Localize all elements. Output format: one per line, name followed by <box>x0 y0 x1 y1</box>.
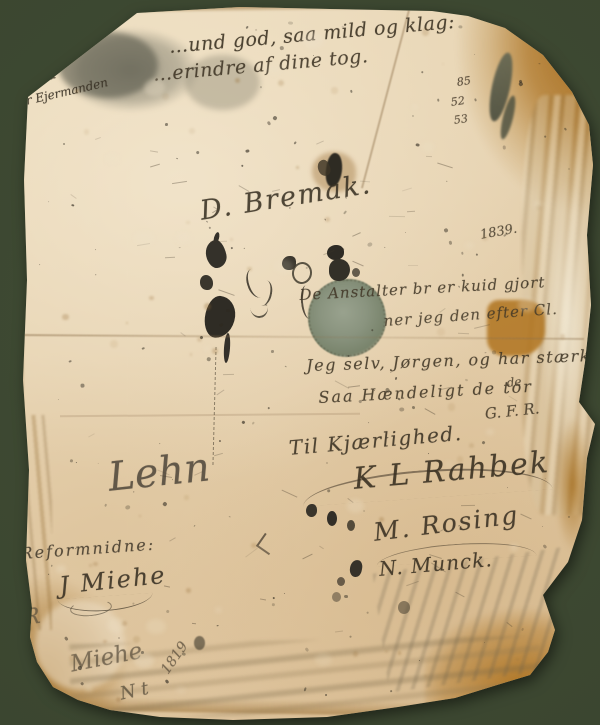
ink-speck <box>568 168 571 171</box>
ink-speck <box>437 99 440 102</box>
ink-speck <box>518 81 523 86</box>
ink-speck <box>64 636 68 641</box>
ink-speck <box>406 581 419 586</box>
ink-speck <box>303 687 307 692</box>
ink-speck <box>69 360 73 363</box>
ink-speck <box>56 565 66 573</box>
ink-speck <box>192 622 196 623</box>
ink-speck <box>368 422 369 423</box>
ink-speck <box>448 403 456 411</box>
ink-speck <box>206 356 211 361</box>
ink-speck <box>389 690 392 693</box>
ink-speck <box>462 274 464 277</box>
ink-speck <box>506 622 512 627</box>
ink-speck <box>58 399 59 400</box>
ink-speck <box>348 355 350 357</box>
ink-speck <box>449 241 453 245</box>
ink-speck <box>520 513 531 519</box>
ink-speck <box>226 309 230 312</box>
ink-speck <box>179 247 181 248</box>
ink-speck <box>217 390 225 396</box>
manuscript-paper: …und god, saa mild og klag: …erindre af … <box>0 0 600 725</box>
ink-speck <box>205 221 207 223</box>
ink-speck <box>458 286 460 288</box>
ink-speck <box>123 18 126 21</box>
ink-speck <box>219 440 221 442</box>
ink-speck <box>334 381 348 389</box>
ink-speck <box>110 340 118 348</box>
ink-speck <box>95 249 96 250</box>
ink-speck <box>294 141 297 144</box>
ink-speck <box>219 323 223 327</box>
ink-speck <box>246 26 250 30</box>
ink-speck <box>344 594 348 598</box>
ink-speck <box>165 256 175 257</box>
ink-speck <box>424 367 428 369</box>
ink-speck <box>331 87 337 93</box>
ink-speck <box>439 387 452 391</box>
ink-speck <box>510 544 518 550</box>
ink-speck <box>223 374 234 375</box>
ink-speck <box>486 429 494 435</box>
ink-speck <box>240 164 243 167</box>
ink-speck <box>266 63 282 76</box>
ink-speck <box>455 313 458 316</box>
ink-speck <box>521 627 524 631</box>
ink-speck <box>412 406 416 410</box>
ink-speck <box>518 463 525 466</box>
ink-speck <box>272 190 280 193</box>
ink-speck <box>72 204 75 206</box>
ink-speck <box>251 543 256 548</box>
ink-speck <box>204 303 211 310</box>
ink-speck <box>103 640 106 643</box>
ink-speck <box>474 324 490 329</box>
ink-speck <box>186 221 190 225</box>
ink-speck <box>387 437 389 439</box>
ink-speck <box>527 283 529 285</box>
ink-speck <box>306 266 308 268</box>
ink-speck <box>418 660 419 661</box>
ink-speck <box>230 238 233 241</box>
ink-speck <box>565 577 569 582</box>
ink-speck <box>542 526 543 527</box>
ink-speck <box>230 247 232 250</box>
ink-speck <box>482 235 488 241</box>
ink-speck <box>84 129 89 134</box>
ink-speck <box>95 137 101 140</box>
ink-speck <box>164 585 170 587</box>
ink-speck <box>476 253 478 256</box>
ink-speck <box>349 90 352 93</box>
ink-speck <box>284 593 285 594</box>
ink-speck <box>189 128 195 134</box>
ink-speck <box>162 502 167 507</box>
ink-speck <box>440 529 443 531</box>
ink-speck <box>139 515 141 517</box>
ink-speck <box>315 653 332 666</box>
ink-speck <box>352 232 360 237</box>
ink-speck <box>62 38 64 40</box>
ink-speck <box>374 390 375 391</box>
ink-speck <box>118 637 120 639</box>
ink-speck <box>412 115 415 117</box>
ink-speck <box>162 93 170 101</box>
ink-speck <box>558 682 564 688</box>
ink-speck <box>549 350 551 352</box>
ink-speck <box>542 544 547 549</box>
ink-speck <box>461 252 464 255</box>
ink-speck <box>172 181 187 184</box>
ink-speck <box>421 70 424 73</box>
ink-speck <box>345 197 347 199</box>
ink-speck <box>266 121 271 126</box>
ink-speck <box>429 554 442 559</box>
ink-speck <box>149 296 153 300</box>
ink-speck <box>132 603 134 605</box>
ink-speck <box>216 626 218 628</box>
ink-speck <box>259 86 261 89</box>
ink-speck <box>47 201 48 203</box>
ink-speck <box>540 672 542 674</box>
ink-speck <box>343 210 347 215</box>
ink-speck <box>273 597 275 599</box>
ink-speck <box>443 227 448 233</box>
ink-speck <box>160 475 172 478</box>
ink-speck <box>282 489 297 497</box>
ink-speck <box>260 598 266 600</box>
ink-speck <box>278 80 284 86</box>
ink-speck <box>172 479 173 480</box>
ink-speck <box>85 686 93 692</box>
ink-speck <box>444 461 453 468</box>
ink-speck <box>461 504 475 505</box>
ink-speck <box>323 250 335 255</box>
ink-speck <box>431 562 446 572</box>
ink-speck <box>385 387 390 393</box>
ink-speck <box>188 66 191 68</box>
ink-speck <box>116 697 121 702</box>
ink-speck <box>327 489 331 493</box>
ink-speck <box>353 261 364 267</box>
ink-speck <box>389 216 405 217</box>
ink-speck <box>341 26 344 29</box>
ink-speck <box>247 267 251 271</box>
ink-speck <box>385 650 388 653</box>
ink-speck <box>133 636 141 644</box>
ink-speck <box>126 504 131 509</box>
ink-speck <box>194 524 196 526</box>
ink-speck <box>424 675 427 678</box>
ink-speck <box>146 619 165 634</box>
ink-speck <box>229 516 231 518</box>
photograph-of-document: …und god, saa mild og klag: …erindre af … <box>0 0 600 725</box>
ink-speck <box>422 142 435 152</box>
ink-speck <box>408 265 418 266</box>
ink-speck <box>503 233 506 236</box>
ink-speck <box>186 588 191 593</box>
ink-speck <box>126 322 129 325</box>
ink-speck <box>77 666 82 671</box>
ink-speck <box>358 400 362 404</box>
ink-speck <box>481 441 485 445</box>
ink-speck <box>440 308 446 313</box>
ink-speck <box>74 548 76 550</box>
ink-speck <box>78 700 80 701</box>
ink-speck <box>390 372 392 374</box>
ink-speck <box>370 329 373 332</box>
ink-speck <box>75 89 79 93</box>
ink-speck <box>405 232 406 233</box>
ink-speck <box>367 612 369 614</box>
ink-speck <box>545 478 546 479</box>
ink-speck <box>560 334 565 339</box>
ink-speck <box>324 694 327 697</box>
ink-speck <box>353 651 358 656</box>
paper-shadow-wrap: …und god, saa mild og klag: …erindre af … <box>0 0 600 725</box>
ink-speck <box>398 398 401 401</box>
ink-speck <box>245 548 258 558</box>
ink-speck <box>38 264 39 265</box>
ink-speck <box>564 127 567 130</box>
ink-speck <box>288 21 293 25</box>
ink-speck <box>457 456 464 463</box>
ink-speck <box>342 247 345 250</box>
ink-speck <box>289 207 290 209</box>
ink-speck <box>446 181 447 183</box>
ink-speck <box>195 151 199 155</box>
ink-speck <box>568 515 571 518</box>
ink-speck <box>81 384 85 388</box>
ink-speck <box>215 607 222 612</box>
ink-speck <box>559 587 560 588</box>
ink-speck <box>144 79 165 96</box>
ink-speck <box>106 154 119 164</box>
ink-speck <box>184 495 189 500</box>
ink-speck <box>542 45 543 47</box>
ink-speck <box>347 394 348 395</box>
ink-speck <box>180 332 186 337</box>
ink-speck <box>473 98 476 102</box>
ink-speck <box>326 462 329 464</box>
ink-speck <box>458 25 462 28</box>
ink-speck <box>93 562 97 566</box>
ink-speck <box>350 635 352 637</box>
ink-speck <box>30 57 33 59</box>
ink-speck <box>313 55 314 56</box>
ink-speck <box>165 610 169 614</box>
ink-speck <box>197 337 202 342</box>
ink-speck <box>422 28 429 35</box>
ink-speck <box>304 647 308 652</box>
ink-speck <box>469 443 474 448</box>
ink-speck <box>214 453 223 457</box>
ink-speck <box>279 46 283 50</box>
ink-speck <box>238 185 249 192</box>
ink-speck <box>360 180 370 182</box>
ink-speck <box>362 510 365 513</box>
ink-speck <box>302 554 312 560</box>
ink-speck <box>104 503 107 507</box>
ink-speck <box>210 241 227 242</box>
ink-speck <box>398 651 401 654</box>
ink-speck <box>235 78 240 83</box>
ink-speck <box>159 443 160 444</box>
ink-speck <box>437 162 453 168</box>
ink-speck <box>428 453 429 454</box>
ink-speck <box>88 434 94 438</box>
ink-speck <box>485 352 487 354</box>
ink-speck <box>539 63 541 64</box>
ink-speck <box>424 409 435 416</box>
ink-speck <box>465 242 473 248</box>
ink-speck <box>244 248 245 249</box>
ink-speck <box>455 592 464 598</box>
ink-speck <box>544 135 547 138</box>
ink-speck <box>76 462 77 463</box>
ink-speck <box>437 328 445 336</box>
ink-speck <box>268 407 271 410</box>
ink-speck <box>325 217 330 222</box>
ink-speck <box>89 564 92 567</box>
ink-speck <box>209 227 212 230</box>
ink-speck <box>62 314 69 321</box>
ink-speck <box>509 396 518 402</box>
ink-speck <box>348 386 360 389</box>
ink-speck <box>412 105 418 110</box>
ink-speck <box>316 140 324 144</box>
ink-speck <box>95 274 97 276</box>
ink-speck <box>503 146 506 150</box>
ink-speck <box>176 158 178 160</box>
ink-speck <box>274 259 293 274</box>
ink-speck <box>255 29 258 32</box>
ink-speck <box>107 618 126 633</box>
ink-speck <box>415 143 419 147</box>
ink-speck <box>80 681 84 685</box>
ink-speck <box>69 655 75 661</box>
ink-speck <box>63 143 65 145</box>
ink-speck <box>204 346 210 351</box>
ink-speck <box>134 653 153 669</box>
ink-speck <box>195 472 203 477</box>
ink-speck <box>458 525 460 527</box>
ink-speck <box>70 194 76 199</box>
ink-speck <box>458 333 469 335</box>
ink-speck <box>437 528 439 530</box>
ink-speck <box>150 163 160 167</box>
ink-speck <box>181 652 186 656</box>
ink-speck <box>464 378 467 381</box>
ink-speck <box>302 32 323 49</box>
ink-speck <box>506 487 507 488</box>
ink-speck <box>165 679 170 684</box>
ink-speck <box>491 350 496 354</box>
speckle-layer <box>0 0 600 725</box>
ink-speck <box>142 347 145 350</box>
ink-speck <box>157 469 170 475</box>
ink-speck <box>165 123 168 126</box>
ink-speck <box>150 150 158 152</box>
ink-speck <box>284 366 286 368</box>
ink-speck <box>319 546 324 550</box>
ink-speck <box>367 242 373 247</box>
ink-speck <box>383 247 385 248</box>
ink-speck <box>484 641 485 642</box>
ink-speck <box>407 211 415 212</box>
ink-speck <box>241 421 245 425</box>
ink-speck <box>212 209 217 212</box>
ink-speck <box>137 582 140 585</box>
ink-speck <box>272 115 277 120</box>
ink-speck <box>190 353 192 355</box>
ink-speck <box>218 289 234 295</box>
ink-speck <box>264 303 267 306</box>
ink-speck <box>134 231 154 247</box>
ink-speck <box>70 459 74 463</box>
ink-speck <box>245 149 249 153</box>
ink-speck <box>394 377 397 381</box>
ink-speck <box>132 490 134 492</box>
ink-speck <box>48 574 50 576</box>
ink-speck <box>516 658 519 661</box>
ink-speck <box>51 565 52 567</box>
ink-speck <box>335 630 343 632</box>
ink-speck <box>474 54 475 55</box>
ink-speck <box>176 232 191 244</box>
ink-speck <box>271 350 274 353</box>
ink-speck <box>59 62 63 66</box>
ink-speck <box>296 166 299 169</box>
ink-speck <box>169 538 175 542</box>
ink-speck <box>379 517 384 522</box>
ink-speck <box>252 422 255 425</box>
ink-speck <box>402 188 412 192</box>
ink-speck <box>426 156 432 157</box>
ink-speck <box>442 63 444 65</box>
ink-speck <box>399 408 404 412</box>
ink-speck <box>98 463 99 464</box>
ink-speck <box>518 298 536 312</box>
ink-speck <box>272 603 275 606</box>
ink-speck <box>212 348 218 354</box>
ink-speck <box>176 686 186 694</box>
